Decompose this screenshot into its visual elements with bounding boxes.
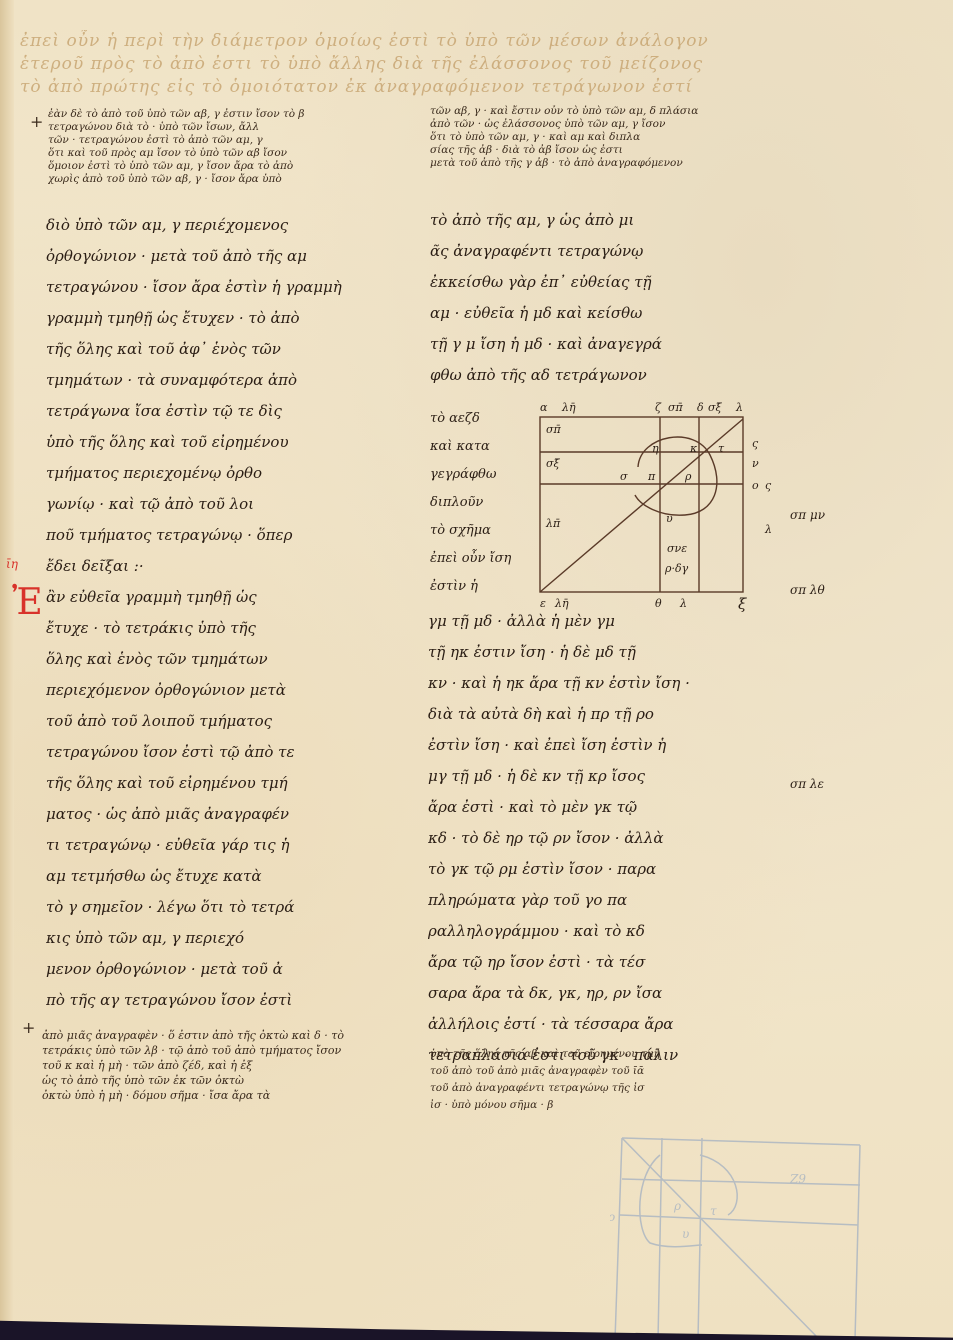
diagram-label: σπ̄ <box>668 401 684 414</box>
text-line: ἔτυχε · τὸ τετράκις ὑπὸ τῆς <box>46 613 381 644</box>
text-line: ἐκκείσθω γὰρ ἐπ᾿ εὐθείας τῇ <box>430 267 770 298</box>
diagram-label: κ <box>689 442 698 455</box>
text-line: τι τετραγώνῳ · εὐθεῖα γάρ τις ἡ <box>46 830 381 861</box>
faded-note-line: ἐπεὶ οὖν ἡ περὶ τὴν διάμετρον ὁμοίως ἐστ… <box>20 30 750 53</box>
diagram-label: υ <box>666 512 673 525</box>
text-line: κδ · τὸ δὲ ηρ τῷ ρν ἴσον · ἀλλὰ <box>428 823 768 854</box>
text-line: τῆς ὅλης καὶ τοῦ ἀφ᾿ ἑνὸς τῶν <box>46 334 381 365</box>
faint-label: Ζ9 <box>789 1172 806 1186</box>
text-line: ποῦ τμήματος τετραγώνῳ · ὅπερ <box>46 520 381 551</box>
text-line: γραμμὴ τμηθῇ ὡς ἔτυχεν · τὸ ἀπὸ <box>46 303 381 334</box>
text-line: τῇ γ μ ἴση ἡ μδ · καὶ ἀναγεγρά <box>430 329 770 360</box>
text-line: αμ · εὐθεῖα ἡ μδ καὶ κείσθω <box>430 298 770 329</box>
manuscript-page: ἐπεὶ οὖν ἡ περὶ τὴν διάμετρον ὁμοίως ἐστ… <box>0 0 953 1340</box>
text-line: τῇ ηκ ἐστιν ἴση · ἡ δὲ μδ τῇ <box>428 637 768 668</box>
scholion-line: τοῦ κ καὶ ἡ μὴ · τῶν ἀπὸ ζέδ, καὶ ἡ ἐξ <box>42 1058 372 1073</box>
diagram-label: λ <box>735 401 743 414</box>
left-text-column: διὸ ὑπὸ τῶν αμ, γ περιέχομενος ὀρθογώνιο… <box>46 210 381 1016</box>
left-scholia-top: ἐὰν δὲ τὸ ἀπὸ τοῦ ὑπὸ τῶν αβ, γ ἐστιν ἴσ… <box>48 108 378 186</box>
text-line: ματος · ὡς ἀπὸ μιᾶς ἀναγραφέν <box>46 799 381 830</box>
scholion-line: τοῦ ἀπὸ ἀναγραφέντι τετραγώνῳ τῆς ἰσ <box>430 1080 760 1097</box>
faint-showthrough-diagram: Ζ9 ο ρ τ υ <box>610 1135 890 1340</box>
faded-note-line: τὸ ἀπὸ πρώτης εἰς τὸ ὁμοιότατον ἐκ ἀναγρ… <box>20 76 750 99</box>
diagram-label: ς <box>765 479 772 492</box>
faint-label: ο <box>610 1210 615 1224</box>
text-line: τετράγωνα ἴσα ἐστὶν τῷ τε δὶς <box>46 396 381 427</box>
scholion-line: ἰσ · ὑπὸ μόνου σῆμα · β <box>430 1097 760 1114</box>
text-line: ἔδει δεῖξαι :· <box>46 551 381 582</box>
text-line: ἄρα τῷ ηρ ἴσον ἐστὶ · τὰ τέσ <box>428 947 768 978</box>
text-line: μγ τῇ μδ · ἡ δὲ κν τῇ κρ ἴσος <box>428 761 768 792</box>
text-line: γωνίῳ · καὶ τῷ ἀπὸ τοῦ λοι <box>46 489 381 520</box>
scholion-line: ἀπὸ τῶν · ὡς ἐλάσσονος ὑπὸ τῶν αμ, γ ἴσο… <box>430 118 770 131</box>
diagram-label: ν <box>752 457 759 470</box>
diagram-label: λ <box>764 523 772 536</box>
text-line: περιεχόμενον ὀρθογώνιον μετὰ <box>46 675 381 706</box>
text-line: τὸ γ σημεῖον · λέγω ὅτι τὸ τετρά <box>46 892 381 923</box>
scholion-line: τετράκις ὑπὸ τῶν λβ · τῷ ἀπὸ τοῦ ἀπὸ τμή… <box>42 1043 372 1058</box>
text-line: ὀρθογώνιον · μετὰ τοῦ ἀπὸ τῆς αμ <box>46 241 381 272</box>
diagram-label: ζ <box>655 401 662 414</box>
left-scholia-bottom: ἀπὸ μιᾶς ἀναγραφὲν · ὅ ἐστιν ἀπὸ τῆς ὀκτ… <box>42 1028 372 1103</box>
diagram-label: λπ̄ <box>545 517 561 530</box>
diagram-label: σξ̄ <box>708 401 723 414</box>
text-line: φθω ἀπὸ τῆς αδ τετράγωνον <box>430 360 770 391</box>
text-line: κις ὑπὸ τῶν αμ, γ περιεχό <box>46 923 381 954</box>
cross-mark-icon: + <box>22 1018 35 1037</box>
text-line: τοῦ ἀπὸ τοῦ λοιποῦ τμήματος <box>46 706 381 737</box>
scholion-line: σίας τῆς ἀβ · διὰ τὸ ἀβ ἴσον ὡς ἐστι <box>430 144 770 157</box>
text-line: διὸ ὑπὸ τῶν αμ, γ περιέχομενος <box>46 210 381 241</box>
text-line: ἐστὶν ἴση · καὶ ἐπεὶ ἴση ἐστὶν ἡ <box>428 730 768 761</box>
scholion-line: μετὰ τοῦ ἀπὸ τῆς γ ἀβ · τὸ ἀπὸ ἀναγραφόμ… <box>430 157 770 170</box>
diagram-label: σξ̄ <box>546 457 561 470</box>
text-line: αμ τετμήσθω ὡς ἔτυχε κατὰ <box>46 861 381 892</box>
text-line: ἀλλήλοις ἐστί · τὰ τέσσαρα ἄρα <box>428 1009 768 1040</box>
diagram-label: θ <box>655 597 662 610</box>
geometric-diagram: σπ̄ σξ̄ λπ̄ η κ τ σ π ρ υ σνε ρ·δγ α λη̄… <box>500 395 800 620</box>
diagram-label: η <box>652 442 659 455</box>
scholion-line: τετραγώνου διὰ τὸ · ὑπὸ τῶν ἴσων, ἄλλ <box>48 121 378 134</box>
scholion-line: ὑπὸ τῆς ὅλης τῆς αβ καὶ τοῦ εἰρημένου τμ… <box>430 1046 760 1063</box>
diagram-label: ε <box>540 597 546 610</box>
diagram-label: σπ̄ <box>546 423 562 436</box>
scholion-line: ὅτι καὶ τοῦ πρὸς αμ ἴσον τὸ ὑπὸ τῶν αβ ἴ… <box>48 147 378 160</box>
text-line: τμημάτων · τὰ συναμφότερα ἀπὸ <box>46 365 381 396</box>
red-initial-letter: Ἐ <box>12 582 43 623</box>
text-line: ἄρα ἐστὶ · καὶ τὸ μὲν γκ τῷ <box>428 792 768 823</box>
diagram-label: δ <box>697 401 704 414</box>
faint-label: ρ <box>673 1199 681 1213</box>
text-line: τὸ ἀπὸ τῆς αμ, γ ὡς ἀπὸ μι <box>430 205 770 236</box>
binding-edge <box>0 0 14 1340</box>
text-line: πληρώματα γὰρ τοῦ γο πα <box>428 885 768 916</box>
text-line: πὸ τῆς αγ τετραγώνου ἴσον ἐστὶ <box>46 985 381 1016</box>
faded-top-notes: ἐπεὶ οὖν ἡ περὶ τὴν διάμετρον ὁμοίως ἐστ… <box>20 30 750 99</box>
text-line: ἂν εὐθεῖα γραμμὴ τμηθῇ ὡς <box>46 582 381 613</box>
scholion-line: χωρὶς ἀπὸ τοῦ ὑπὸ τῶν αβ, γ · ἴσον ἄρα ὑ… <box>48 173 378 186</box>
text-line: κν · καὶ ἡ ηκ ἄρα τῇ κν ἐστὶν ἴση · <box>428 668 768 699</box>
scholion-line: ἀπὸ μιᾶς ἀναγραφὲν · ὅ ἐστιν ἀπὸ τῆς ὀκτ… <box>42 1028 372 1043</box>
right-scholia-top: τῶν αβ, γ · καὶ ἔστιν οὖν τὸ ὑπὸ τῶν αμ,… <box>430 105 770 170</box>
scholion-line: τῶν · τετραγώνου ἐστὶ τὸ ἀπὸ τῶν αμ, γ <box>48 134 378 147</box>
cross-mark-icon: + <box>30 112 43 131</box>
scholion-line: ὀκτὼ ὑπὸ ἡ μὴ · δόμου σῆμα · ἴσα ἄρα τὰ <box>42 1088 372 1103</box>
diagram-label: λη̄ <box>554 597 569 610</box>
diagram-label: π <box>647 470 656 483</box>
text-line: τμήματος περιεχομένῳ ὀρθο <box>46 458 381 489</box>
text-line: διὰ τὰ αὐτὰ δὴ καὶ ἡ πρ τῇ ρο <box>428 699 768 730</box>
diagram-label: α <box>540 401 548 414</box>
red-section-number: ῑη <box>6 557 18 571</box>
diagram-label: ο <box>752 479 759 492</box>
right-scholia-bottom: ὑπὸ τῆς ὅλης τῆς αβ καὶ τοῦ εἰρημένου τμ… <box>430 1046 760 1114</box>
diagram-label: ς <box>752 437 759 450</box>
right-text-column-top: τὸ ἀπὸ τῆς αμ, γ ὡς ἀπὸ μι ᾶς ἀναγραφέντ… <box>430 205 770 391</box>
text-line: μενον ὀρθογώνιον · μετὰ τοῦ ἀ <box>46 954 381 985</box>
diagram-label: ρ·δγ <box>664 562 689 575</box>
text-line: ὑπὸ τῆς ὅλης καὶ τοῦ εἰρημένου <box>46 427 381 458</box>
scholion-line: ἐὰν δὲ τὸ ἀπὸ τοῦ ὑπὸ τῶν αβ, γ ἐστιν ἴσ… <box>48 108 378 121</box>
scholion-line: τοῦ ἀπὸ τοῦ ἀπὸ μιᾶς ἀναγραφὲν τοῦ ῑᾱ <box>430 1063 760 1080</box>
scholion-line: ὅμοιον ἐστὶ τὸ ὑπὸ τῶν αμ, γ ἴσον ἄρα τὸ… <box>48 160 378 173</box>
diagram-label: τ <box>718 442 725 455</box>
right-text-column-bottom: γμ τῇ μδ · ἀλλὰ ἡ μὲν γμ τῇ ηκ ἐστιν ἴση… <box>428 606 768 1071</box>
diagram-label: ξ <box>738 595 747 613</box>
text-line: ᾶς ἀναγραφέντι τετραγώνῳ <box>430 236 770 267</box>
margin-note: σπ λε <box>790 777 824 791</box>
text-line: τὸ γκ τῷ ρμ ἐστὶν ἴσον · παρα <box>428 854 768 885</box>
diagram-label: λη̄ <box>561 401 576 414</box>
text-line: τετραγώνου · ἴσον ἄρα ἐστὶν ἡ γραμμὴ <box>46 272 381 303</box>
diagram-label: σνε <box>667 542 687 555</box>
diagram-label: λ <box>679 597 687 610</box>
text-line: ραλληλογράμμου · καὶ τὸ κδ <box>428 916 768 947</box>
faint-label: υ <box>682 1227 689 1241</box>
text-line: ὅλης καὶ ἑνὸς τῶν τμημάτων <box>46 644 381 675</box>
diagram-label: ρ <box>684 470 692 483</box>
diagram-label: σ <box>620 470 628 483</box>
scholion-line: ὡς τὸ ἀπὸ τῆς ὑπὸ τῶν ἐκ τῶν ὀκτὼ <box>42 1073 372 1088</box>
scholion-line: ὅτι τὸ ὑπὸ τῶν αμ, γ · καὶ αμ καὶ διπλα <box>430 131 770 144</box>
text-line: τῆς ὅλης καὶ τοῦ εἰρημένου τμή <box>46 768 381 799</box>
text-line: σαρα ἄρα τὰ δκ, γκ, ηρ, ρν ἴσα <box>428 978 768 1009</box>
scholion-line: τῶν αβ, γ · καὶ ἔστιν οὖν τὸ ὑπὸ τῶν αμ,… <box>430 105 770 118</box>
faded-note-line: ἑτεροῦ πρὸς τὸ ἀπὸ ἐστι τὸ ὑπὸ ἄλλης διὰ… <box>20 53 750 76</box>
faint-label: τ <box>710 1204 717 1218</box>
text-line: τετραγώνου ἴσον ἐστὶ τῷ ἀπὸ τε <box>46 737 381 768</box>
